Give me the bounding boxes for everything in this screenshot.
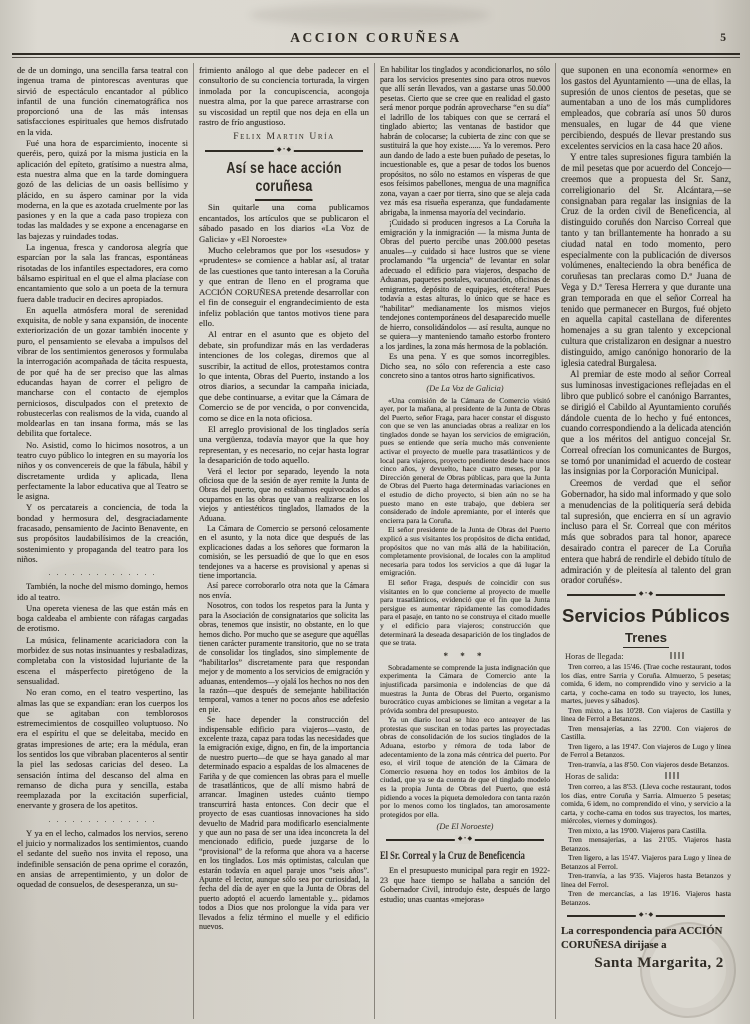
paragraph: El arreglo provisional de los tinglados … xyxy=(199,424,369,466)
paragraph: Y ya en el lecho, calmados los nervios, … xyxy=(17,828,188,890)
paragraph: Es una pena. Y es que somos incorregible… xyxy=(380,352,550,381)
paragraph-small: La Cámara de Comercio se personó celosam… xyxy=(199,524,369,580)
paragraph-continued: de de un domingo, una sencilla farsa tea… xyxy=(17,65,188,137)
train-schedule-item: Tren correo, a las 15'46. (Trae coche re… xyxy=(561,663,731,706)
paragraph: Y entre tales supresiones figura también… xyxy=(561,152,731,368)
train-schedule-item: Tren mensajerías, a las 21'05. Viajeros … xyxy=(561,836,731,853)
ornament-rule xyxy=(386,835,544,844)
column-4: que suponen en una economía «enorme» en … xyxy=(555,63,736,1019)
paragraph-continued: frimiento análogo al que debe padecer en… xyxy=(199,65,369,127)
paragraph-small: «Una comisión de la Cámara de Comercio v… xyxy=(380,397,550,526)
train-schedule-item: Tren-tranvía, a las 9'35. Viajeros hasta… xyxy=(561,872,731,889)
train-schedule-item: Tren mensajerías, a las 22'00. Con viaje… xyxy=(561,725,731,742)
paragraph: La ingenua, fresca y candorosa alegría q… xyxy=(17,242,188,304)
paragraph: ¡Cuidado si producen ingresos a La Coruñ… xyxy=(380,218,550,351)
paragraph-small: El señor presidente de la Junta de Obras… xyxy=(380,526,550,578)
dotted-separator: . . . . . . . . . . . . . . xyxy=(17,815,188,824)
paragraph-continued: que suponen en una economía «enorme» en … xyxy=(561,65,731,151)
paragraph: Al premiar de este modo al señor Correal… xyxy=(561,369,731,477)
paragraph: Una opereta vienesa de las que están más… xyxy=(17,603,188,634)
train-schedule-item: Tren ligero, a las 19'47. Con viajeros d… xyxy=(561,743,731,760)
header-double-rule xyxy=(12,53,740,58)
correspondence-notice: La correspondencia para ACCIÓN CORUÑESA … xyxy=(561,925,731,952)
ornament-rule xyxy=(567,590,725,599)
ornament-rule xyxy=(567,911,725,920)
paragraph-small: Verá el lector por separado, leyendo la … xyxy=(199,467,369,523)
paragraph: No eran como, en el teatro vespertino, l… xyxy=(17,687,188,811)
source-credit: (De El Noroeste) xyxy=(380,822,550,831)
train-schedule-item: Tren ligero, a las 15'47. Viajeros para … xyxy=(561,854,731,871)
train-schedule-item: Tren mixto, a las 10'28. Con viajeros de… xyxy=(561,707,731,724)
column-area: de de un domingo, una sencilla farsa tea… xyxy=(12,63,740,1019)
paragraph: En el presupuesto municipal para regir e… xyxy=(380,866,550,904)
author-byline: Felix Martin Uría xyxy=(199,132,369,142)
subsection-headline: Trenes xyxy=(561,630,731,648)
paragraph: La música, felinamente acariciadora con … xyxy=(17,635,188,686)
ornament-rule xyxy=(205,146,363,155)
masthead-title: ACCION CORUÑESA xyxy=(12,30,740,46)
paragraph: En aquella atmósfera moral de serenidad … xyxy=(17,305,188,439)
paragraph: Creemos de verdad que el señor Gobernado… xyxy=(561,478,731,586)
paragraph-small: Sobradamente se comprende la justa indig… xyxy=(380,664,550,716)
paragraph-continued: En habilitar los tinglados y acondiciona… xyxy=(380,65,550,217)
paragraph: También, la noche del mismo domingo, hem… xyxy=(17,581,188,602)
showthrough-smudge xyxy=(250,4,490,26)
paragraph: Y os percatareis a conciencia, de toda l… xyxy=(17,502,188,564)
source-credit: (De La Voz de Galicia) xyxy=(380,384,550,393)
paragraph: Al entrar en el asunto que es objeto del… xyxy=(199,329,369,423)
train-schedule-item: Tren correo, a las 8'53. (Lleva coche re… xyxy=(561,783,731,826)
page-header: ACCION CORUÑESA 5 xyxy=(12,30,740,50)
article-headline: Así se hace acción coruñesa xyxy=(199,160,369,201)
asterisk-separator: * * * xyxy=(380,651,550,661)
address-line: Santa Margarita, 2 xyxy=(561,955,731,972)
column-2: frimiento análogo al que debe padecer en… xyxy=(193,63,374,1019)
paragraph-small: Ya un diario local se hizo eco anteayer … xyxy=(380,716,550,819)
section-headline: Servicios Públicos xyxy=(561,605,731,627)
schedule-label: Horas de llegada: xyxy=(561,652,731,661)
paragraph: Sin quitarle una coma publicamos encanta… xyxy=(199,202,369,244)
train-schedule-item: Tren mixto, a las 19'00. Viajeros para C… xyxy=(561,827,731,836)
paragraph: No. Asistid, como lo hicimos nosotros, a… xyxy=(17,440,188,502)
train-schedule-item: Tren de mercancías, a las 19'16. Viajero… xyxy=(561,890,731,907)
column-3: En habilitar los tinglados y acondiciona… xyxy=(374,63,555,1019)
schedule-label: Horas de salida: xyxy=(561,772,731,781)
paragraph: Mucho celebramos que por los «sesudos» y… xyxy=(199,245,369,328)
article-headline: El Sr. Correal y la Cruz de Beneficencia xyxy=(380,849,550,862)
dotted-separator: . . . . . . . . . . . . . . xyxy=(17,568,188,577)
page-number: 5 xyxy=(720,32,726,44)
paragraph-small: Así parece corroborarlo otra nota que la… xyxy=(199,581,369,600)
paragraph-small: Se hace depender la construcción del ind… xyxy=(199,715,369,931)
train-schedule-item: Tren-tranvía, a las 8'50. Con viajeros d… xyxy=(561,761,731,770)
paragraph: Fué una hora de esparcimiento, inocente … xyxy=(17,138,188,241)
paragraph-small: El señor Fraga, después de coincidir con… xyxy=(380,579,550,648)
column-1: de de un domingo, una sencilla farsa tea… xyxy=(12,63,193,1019)
newspaper-page: ACCION CORUÑESA 5 de de un domingo, una … xyxy=(0,0,750,1024)
paragraph-small: Nosotros, con todos los respetos para la… xyxy=(199,601,369,714)
